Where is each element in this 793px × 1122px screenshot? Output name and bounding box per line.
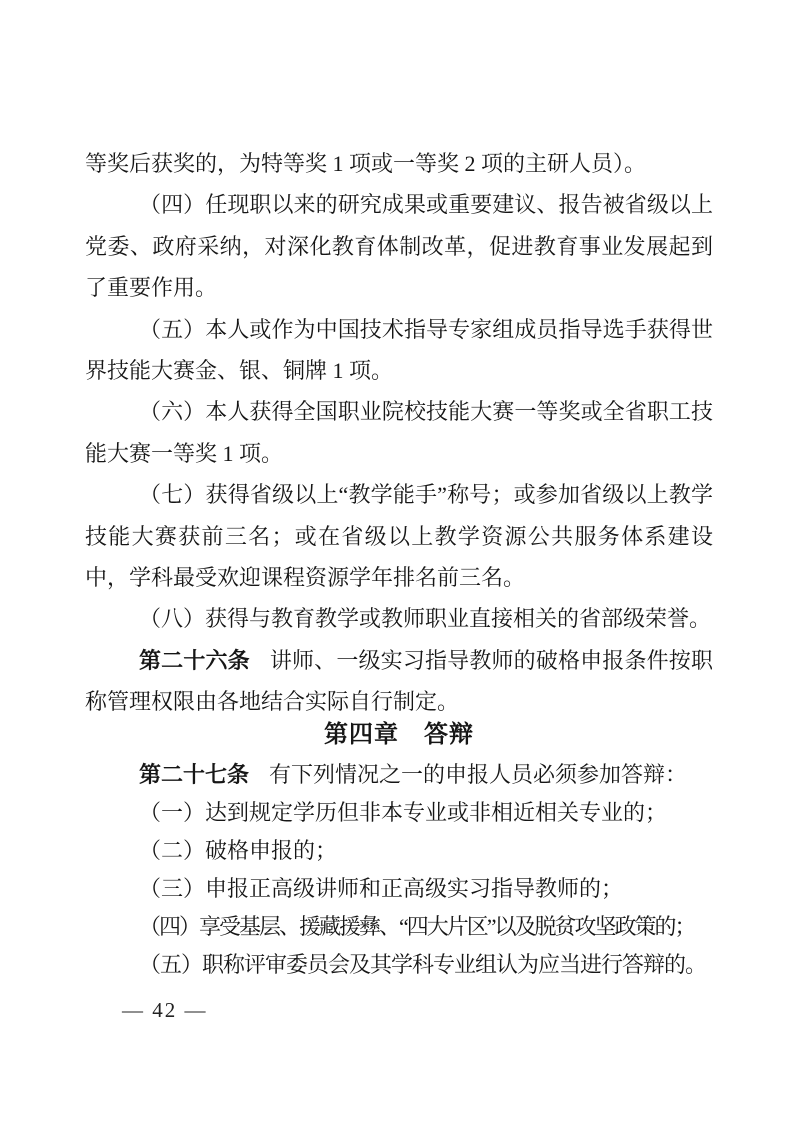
page-body: 等奖后获奖的，为特等奖 1 项或一等奖 2 项的主研人员）。 （四）任现职以来的… [85,143,713,984]
defense-item-1: （一）达到规定学历但非本专业或非相近相关专业的； [85,794,713,832]
defense-item-4: （四）享受基层、援藏援彝、“四大片区”以及脱贫攻坚政策的； [85,908,713,946]
page-number: — 42 — [122,998,208,1022]
document-page: 等奖后获奖的，为特等奖 1 项或一等奖 2 项的主研人员）。 （四）任现职以来的… [0,0,793,1122]
clause-item-6: （六）本人获得全国职业院校技能大赛一等奖或全省职工技能大赛一等奖 1 项。 [85,391,713,474]
defense-item-2: （二）破格申报的； [85,832,713,870]
clause-item-8: （八）获得与教育教学或教师职业直接相关的省部级荣誉。 [85,598,713,639]
article-27-text: 有下列情况之一的申报人员必须参加答辩： [269,762,687,787]
article-27: 第二十七条有下列情况之一的申报人员必须参加答辩： [85,756,713,794]
clause-item-4: （四）任现职以来的研究成果或重要建议、报告被省级以上党委、政府采纳，对深化教育体… [85,184,713,308]
article-27-label: 第二十七条 [139,762,249,787]
clause-item-7: （七）获得省级以上“教学能手”称号；或参加省级以上教学技能大赛获前三名；或在省级… [85,474,713,598]
paragraph-continuation: 等奖后获奖的，为特等奖 1 项或一等奖 2 项的主研人员）。 [85,143,713,184]
article-26: 第二十六条讲师、一级实习指导教师的破格申报条件按职称管理权限由各地结合实际自行制… [85,640,713,723]
defense-item-5: （五）职称评审委员会及其学科专业组认为应当进行答辩的。 [85,946,713,984]
article-26-label: 第二十六条 [139,648,250,673]
chapter-4-section: 第二十七条有下列情况之一的申报人员必须参加答辩： （一）达到规定学历但非本专业或… [85,756,713,984]
defense-item-3: （三）申报正高级讲师和正高级实习指导教师的； [85,870,713,908]
clause-item-5: （五）本人或作为中国技术指导专家组成员指导选手获得世界技能大赛金、银、铜牌 1 … [85,309,713,392]
